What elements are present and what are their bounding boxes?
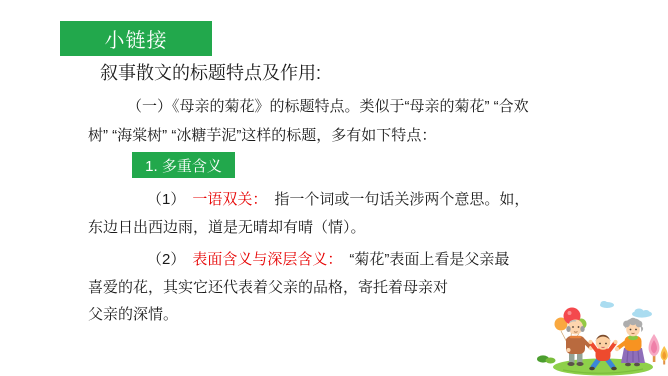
subsection-badge-label: 1. 多重含义 [145, 155, 222, 176]
section-badge-label: 小链接 [105, 24, 168, 53]
subsection-badge: 1. 多重含义 [132, 152, 235, 178]
point1-number: （1） [147, 191, 185, 208]
point1-desc: 指一个词或一句话关涉两个意思。如， [274, 191, 529, 208]
point2-line-3: 父亲的深情。 [88, 305, 178, 325]
point2-desc: “菊花”表面上看是父亲最 [349, 251, 509, 268]
point2-line-2: 喜爱的花，其实它还代表着父亲的品格，寄托着母亲对 [88, 278, 448, 298]
point2-term: 表面含义与深层含义： [192, 251, 342, 268]
slide: 小链接 叙事散文的标题特点及作用: （一）《母亲的菊花》的标题特点。类似于“母亲… [0, 0, 668, 376]
point2-number: （2） [147, 251, 185, 268]
section-badge: 小链接 [60, 21, 212, 56]
point1-line-1: （1）一语双关：指一个词或一句话关涉两个意思。如， [147, 190, 529, 210]
tree-icon [649, 334, 668, 365]
cloud-icon [600, 301, 652, 318]
intro-line-2: 树” “海棠树” “冰糖芋泥”这样的标题，多有如下特点： [88, 126, 436, 146]
point1-line-2: 东边日出西边雨，道是无晴却有晴（情）。 [88, 218, 366, 238]
intro-line-1: （一）《母亲的菊花》的标题特点。类似于“母亲的菊花” “合欢 [127, 97, 529, 117]
bush-icon [537, 355, 556, 363]
grandparents-and-child-illustration [533, 296, 668, 376]
point1-term: 一语双关： [192, 191, 267, 208]
page-title: 叙事散文的标题特点及作用: [100, 63, 321, 83]
point2-line-1: （2）表面含义与深层含义：“菊花”表面上看是父亲最 [147, 250, 509, 270]
